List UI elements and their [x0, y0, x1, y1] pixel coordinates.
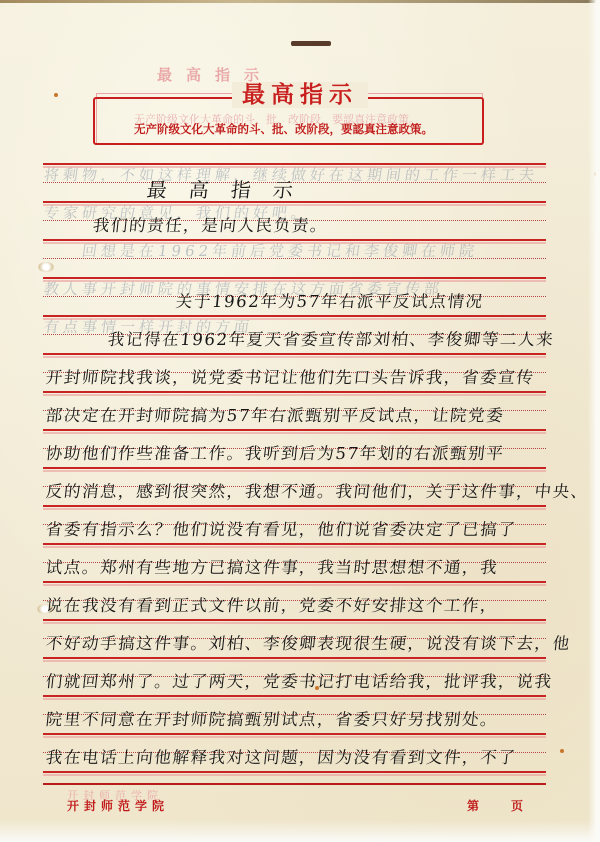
- manuscript-line: 们就回郑州了。过了两天，党委书记打电话给我，批评我，说我: [45, 668, 554, 692]
- punch-hole: [38, 262, 54, 272]
- manuscript-line: 我在电话上向他解释我对这问题，因为没有看到文件，不了: [45, 744, 518, 768]
- page-prefix: 第: [467, 799, 479, 813]
- manuscript-quote: 我们的责任，是向人民负责。: [92, 212, 330, 236]
- rule-line: [43, 543, 546, 545]
- rule-line: [43, 467, 546, 469]
- manuscript-line: 院里不同意在开封师院搞甄别试点，省委只好另找别处。: [45, 706, 500, 730]
- paper-right-edge: [588, 0, 600, 842]
- rule-line: [43, 505, 546, 507]
- manuscript-line: 不好动手搞这件事。刘柏、李俊卿表现很生硬，说没有谈下去，他: [45, 630, 572, 654]
- staple-tear-mark: [291, 41, 331, 46]
- manuscript-line: 试点。郑州有些地方已搞这件事，我当时思想想不通，我: [45, 554, 500, 578]
- stain-speck: [560, 749, 564, 753]
- footer-organization: 开封师范学院: [67, 797, 169, 814]
- manuscript-line: 说在我没有看到正式文件以前，党委不好安排这个工作，: [45, 592, 500, 616]
- manuscript-line: 开封师院找我谈，说党委书记让他们先口头告诉我，省委宣传: [45, 364, 536, 388]
- rule-line: [43, 581, 546, 583]
- rule-line: [43, 771, 546, 773]
- paper-bottom-edge: [0, 820, 600, 842]
- letterhead-title-text: 最高指示: [232, 82, 368, 108]
- manuscript-line: 反的消息，感到很突然，我想不通。我问他们，关于这件事，中央、: [45, 478, 591, 502]
- manuscript-line: 部决定在开封师院搞为57年右派甄别平反试点，让院党委: [45, 402, 506, 426]
- manuscript-title: 最高指示: [145, 174, 316, 203]
- manuscript-line: 省委有指示么？他们说没有看见，他们说省委决定了已搞了: [45, 516, 518, 540]
- page-number-label: 第页: [467, 797, 523, 814]
- rule-line: [43, 733, 546, 735]
- rule-line: [43, 391, 546, 393]
- letterhead-subtitle: 无产阶级文化大革命的斗、批、改阶段，要認真注意政策。: [134, 121, 474, 137]
- rule-line: [43, 429, 546, 431]
- footer-rule: [43, 783, 546, 785]
- page-suffix: 页: [511, 799, 523, 813]
- manuscript-line: 协助他们作些准备工作。我听到后为57年划的右派甄别平: [45, 440, 506, 464]
- bleed-through-text: 回想是在1962年前后党委书记和李俊卿在师院: [43, 240, 546, 261]
- manuscript-line: 我记得在1962年夏天省委宣传部刘柏、李俊卿等二人来: [107, 326, 556, 350]
- rule-line: [43, 657, 546, 659]
- manuscript-heading: 关于1962年为57年右派平反试点情况: [175, 288, 485, 312]
- rule-line: [43, 619, 546, 621]
- paper-top-edge: [0, 0, 600, 3]
- letterhead-title: 最高指示: [0, 76, 600, 109]
- rule-line: [43, 353, 546, 355]
- rule-line: [43, 695, 546, 697]
